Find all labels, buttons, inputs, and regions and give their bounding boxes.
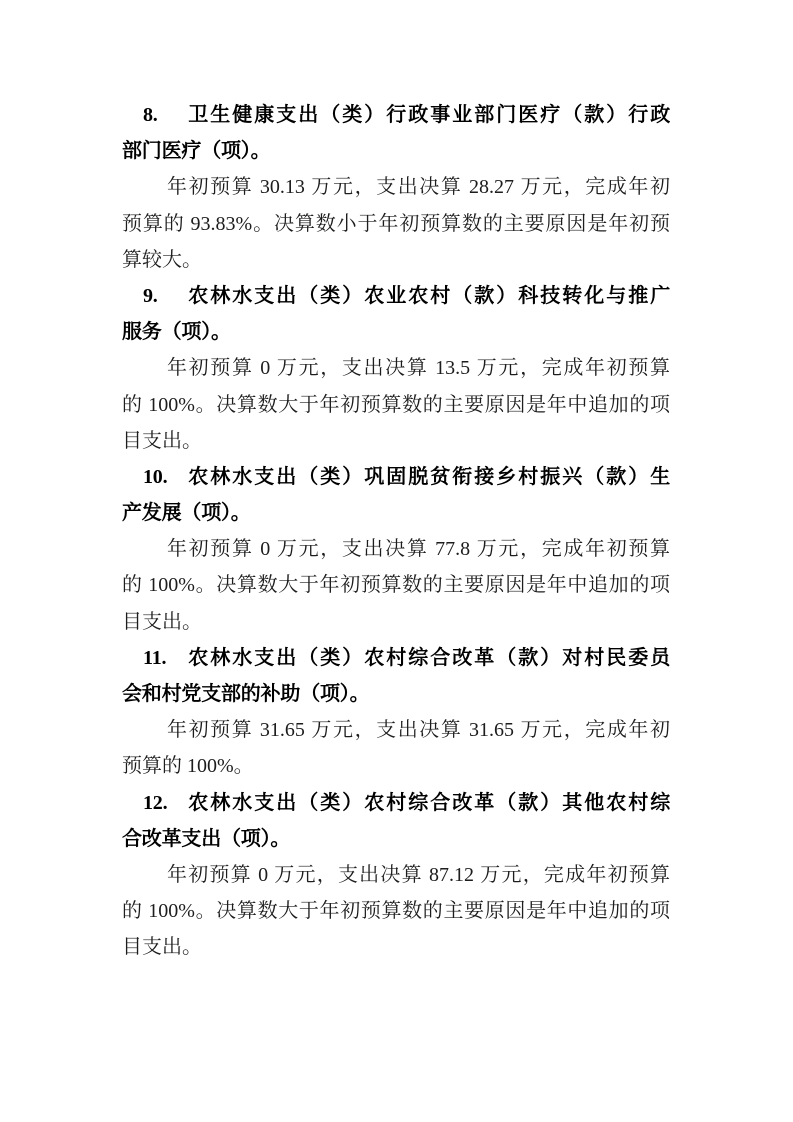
document-page: 8.卫生健康支出（类）行政事业部门医疗（款）行政 部门医疗（项）。 年初预算 3… (0, 0, 793, 1122)
text-content: 8.卫生健康支出（类）行政事业部门医疗（款）行政 部门医疗（项）。 年初预算 3… (122, 97, 670, 966)
section-heading-line: 服务（项）。 (122, 314, 670, 350)
body-line: 的 100%。决算数大于年初预算数的主要原因是年中追加的项 (122, 567, 670, 603)
section-number: 9. (143, 278, 186, 314)
section-12: 12.农林水支出（类）农村综合改革（款）其他农村综 合改革支出（项）。 年初预算… (122, 785, 670, 966)
section-10: 10.农林水支出（类）巩固脱贫衔接乡村振兴（款）生 产发展（项）。 年初预算 0… (122, 459, 670, 640)
heading-line-text: 农林水支出（类）农村综合改革（款）其他农村综 (186, 792, 670, 814)
body-line: 年初预算 31.65 万元，支出决算 31.65 万元，完成年初 (122, 712, 670, 748)
body-line: 预算的 93.83%。决算数小于年初预算数的主要原因是年初预 (122, 206, 670, 242)
section-8: 8.卫生健康支出（类）行政事业部门医疗（款）行政 部门医疗（项）。 年初预算 3… (122, 97, 670, 278)
section-number: 11. (143, 640, 186, 676)
section-heading-line: 会和村党支部的补助（项）。 (122, 676, 670, 712)
section-heading-line: 10.农林水支出（类）巩固脱贫衔接乡村振兴（款）生 (122, 459, 670, 495)
section-body: 年初预算 0 万元，支出决算 77.8 万元，完成年初预算 的 100%。决算数… (122, 531, 670, 640)
section-body: 年初预算 0 万元，支出决算 13.5 万元，完成年初预算 的 100%。决算数… (122, 350, 670, 459)
section-heading: 9.农林水支出（类）农业农村（款）科技转化与推广 服务（项）。 (122, 278, 670, 350)
body-line: 算较大。 (122, 242, 670, 278)
section-number: 8. (143, 97, 186, 133)
heading-line-text: 农林水支出（类）农村综合改革（款）对村民委员 (186, 647, 670, 669)
section-number: 10. (143, 459, 186, 495)
section-heading-line: 产发展（项）。 (122, 495, 670, 531)
section-body: 年初预算 31.65 万元，支出决算 31.65 万元，完成年初 预算的 100… (122, 712, 670, 784)
section-number: 12. (143, 785, 186, 821)
section-body: 年初预算 0 万元，支出决算 87.12 万元，完成年初预算 的 100%。决算… (122, 857, 670, 966)
section-9: 9.农林水支出（类）农业农村（款）科技转化与推广 服务（项）。 年初预算 0 万… (122, 278, 670, 459)
section-heading: 11.农林水支出（类）农村综合改革（款）对村民委员 会和村党支部的补助（项）。 (122, 640, 670, 712)
section-heading: 10.农林水支出（类）巩固脱贫衔接乡村振兴（款）生 产发展（项）。 (122, 459, 670, 531)
heading-line-text: 农林水支出（类）巩固脱贫衔接乡村振兴（款）生 (186, 466, 670, 488)
body-line: 目支出。 (122, 929, 670, 965)
section-heading-line: 9.农林水支出（类）农业农村（款）科技转化与推广 (122, 278, 670, 314)
section-heading: 8.卫生健康支出（类）行政事业部门医疗（款）行政 部门医疗（项）。 (122, 97, 670, 169)
section-heading-line: 部门医疗（项）。 (122, 133, 670, 169)
section-heading-line: 8.卫生健康支出（类）行政事业部门医疗（款）行政 (122, 97, 670, 133)
body-line: 的 100%。决算数大于年初预算数的主要原因是年中追加的项 (122, 893, 670, 929)
body-line: 目支出。 (122, 604, 670, 640)
body-line: 的 100%。决算数大于年初预算数的主要原因是年中追加的项 (122, 387, 670, 423)
heading-line-text: 农林水支出（类）农业农村（款）科技转化与推广 (186, 285, 670, 307)
section-body: 年初预算 30.13 万元，支出决算 28.27 万元，完成年初 预算的 93.… (122, 169, 670, 278)
body-line: 年初预算 0 万元，支出决算 77.8 万元，完成年初预算 (122, 531, 670, 567)
section-heading: 12.农林水支出（类）农村综合改革（款）其他农村综 合改革支出（项）。 (122, 785, 670, 857)
body-line: 目支出。 (122, 423, 670, 459)
body-line: 年初预算 0 万元，支出决算 87.12 万元，完成年初预算 (122, 857, 670, 893)
body-line: 年初预算 30.13 万元，支出决算 28.27 万元，完成年初 (122, 169, 670, 205)
body-line: 年初预算 0 万元，支出决算 13.5 万元，完成年初预算 (122, 350, 670, 386)
section-heading-line: 合改革支出（项）。 (122, 821, 670, 857)
section-11: 11.农林水支出（类）农村综合改革（款）对村民委员 会和村党支部的补助（项）。 … (122, 640, 670, 785)
section-heading-line: 11.农林水支出（类）农村综合改革（款）对村民委员 (122, 640, 670, 676)
heading-line-text: 卫生健康支出（类）行政事业部门医疗（款）行政 (186, 104, 670, 126)
section-heading-line: 12.农林水支出（类）农村综合改革（款）其他农村综 (122, 785, 670, 821)
body-line: 预算的 100%。 (122, 748, 670, 784)
